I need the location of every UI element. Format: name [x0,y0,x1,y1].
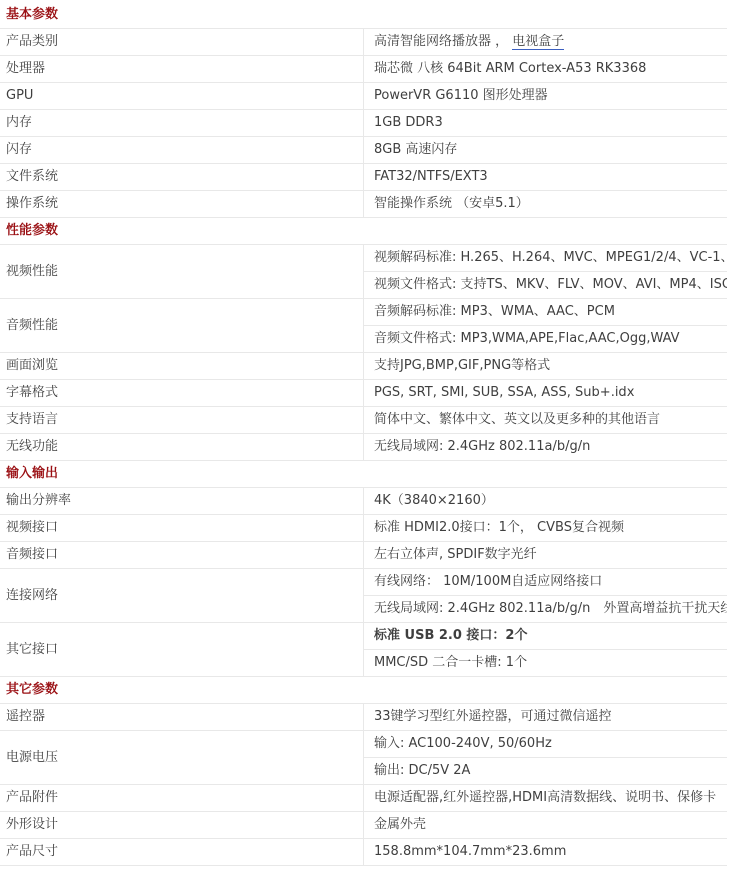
spec-label: 内存 [0,110,364,137]
spec-value: 智能操作系统 （安卓5.1） [364,191,728,218]
spec-value: 音频文件格式: MP3,WMA,APE,Flac,AAC,Ogg,WAV [364,326,728,353]
spec-value: 支持JPG,BMP,GIF,PNG等格式 [364,353,728,380]
spec-row: 内存 1GB DDR3 [0,110,727,137]
spec-row: 无线功能 无线局域网: 2.4GHz 802.11a/b/g/n [0,434,727,461]
spec-row: 产品附件 电源适配器,红外遥控器,HDMI高清数据线、说明书、保修卡 [0,785,727,812]
tv-box-link[interactable]: 电视盒子 [512,34,564,50]
spec-row: 视频性能 视频解码标准: H.265、H.264、MVC、MPEG1/2/4、V… [0,245,727,272]
spec-label: 音频性能 [0,299,364,353]
spec-value: PowerVR G6110 图形处理器 [364,83,728,110]
product-category-text: 高清智能网络播放器 ， [374,34,508,49]
spec-row: 支持语言 简体中文、繁体中文、英文以及更多种的其他语言 [0,407,727,434]
section-row-performance: 性能参数 [0,218,727,245]
spec-row: 操作系统 智能操作系统 （安卓5.1） [0,191,727,218]
spec-label: 输出分辨率 [0,488,364,515]
section-header: 性能参数 [0,218,727,245]
spec-value: 33键学习型红外遥控器，可通过微信遥控 [364,704,728,731]
spec-value: FAT32/NTFS/EXT3 [364,164,728,191]
table-bottom-border [0,866,727,868]
spec-label: 视频性能 [0,245,364,299]
spec-value: 电源适配器,红外遥控器,HDMI高清数据线、说明书、保修卡 [364,785,728,812]
spec-value: 高清智能网络播放器 ， 电视盒子 [364,29,728,56]
spec-value: 音频解码标准: MP3、WMA、AAC、PCM [364,299,728,326]
spec-row: 产品尺寸 158.8mm*104.7mm*23.6mm [0,839,727,866]
spec-label: 产品尺寸 [0,839,364,866]
spec-row: 输出分辨率 4K（3840×2160） [0,488,727,515]
spec-value: PGS, SRT, SMI, SUB, SSA, ASS, Sub+.idx [364,380,728,407]
spec-label: GPU [0,83,364,110]
section-row-io: 输入输出 [0,461,727,488]
spec-row: 遥控器 33键学习型红外遥控器，可通过微信遥控 [0,704,727,731]
spec-value: 有线网络： 10M/100M自适应网络接口 [364,569,728,596]
spec-label: 无线功能 [0,434,364,461]
spec-row: 处理器 瑞芯微 八核 64Bit ARM Cortex-A53 RK3368 [0,56,727,83]
spec-label: 画面浏览 [0,353,364,380]
section-header: 其它参数 [0,677,727,704]
spec-value: 左右立体声, SPDIF数字光纤 [364,542,728,569]
spec-row: 连接网络 有线网络： 10M/100M自适应网络接口 [0,569,727,596]
spec-value: 金属外壳 [364,812,728,839]
spec-row: 音频性能 音频解码标准: MP3、WMA、AAC、PCM [0,299,727,326]
spec-value: 简体中文、繁体中文、英文以及更多种的其他语言 [364,407,728,434]
spec-row: 外形设计 金属外壳 [0,812,727,839]
spec-label: 字幕格式 [0,380,364,407]
spec-label: 产品类别 [0,29,364,56]
spec-value: 输出: DC/5V 2A [364,758,728,785]
spec-value-usb: 标准 USB 2.0 接口：2个 [364,623,728,650]
spec-label: 闪存 [0,137,364,164]
spec-label: 电源电压 [0,731,364,785]
spec-label: 操作系统 [0,191,364,218]
spec-value: 视频解码标准: H.265、H.264、MVC、MPEG1/2/4、VC-1、W… [364,245,728,272]
spec-value: 瑞芯微 八核 64Bit ARM Cortex-A53 RK3368 [364,56,728,83]
spec-row: 闪存 8GB 高速闪存 [0,137,727,164]
spec-row: GPU PowerVR G6110 图形处理器 [0,83,727,110]
spec-label: 连接网络 [0,569,364,623]
spec-label: 遥控器 [0,704,364,731]
spec-row: 音频接口 左右立体声, SPDIF数字光纤 [0,542,727,569]
spec-row: 字幕格式 PGS, SRT, SMI, SUB, SSA, ASS, Sub+.… [0,380,727,407]
spec-row: 文件系统 FAT32/NTFS/EXT3 [0,164,727,191]
section-header: 输入输出 [0,461,727,488]
section-header: 基本参数 [0,2,727,29]
spec-label: 处理器 [0,56,364,83]
spec-value: 4K（3840×2160） [364,488,728,515]
spec-row: 画面浏览 支持JPG,BMP,GIF,PNG等格式 [0,353,727,380]
spec-label: 视频接口 [0,515,364,542]
spec-row: 视频接口 标准 HDMI2.0接口：1个， CVBS复合视频 [0,515,727,542]
spec-label: 支持语言 [0,407,364,434]
section-row-other: 其它参数 [0,677,727,704]
spec-label: 外形设计 [0,812,364,839]
spec-value: 标准 HDMI2.0接口：1个， CVBS复合视频 [364,515,728,542]
spec-row: 电源电压 输入: AC100-240V, 50/60Hz [0,731,727,758]
spec-label: 音频接口 [0,542,364,569]
section-row-basic: 基本参数 [0,2,727,29]
spec-value: 无线局域网: 2.4GHz 802.11a/b/g/n 外置高增益抗干扰天线 [364,596,728,623]
spec-value: MMC/SD 二合一卡槽: 1个 [364,650,728,677]
spec-sheet: 基本参数 产品类别 高清智能网络播放器 ， 电视盒子 处理器 瑞芯微 八核 64… [0,0,728,867]
spec-label: 文件系统 [0,164,364,191]
spec-label: 其它接口 [0,623,364,677]
spec-row: 其它接口 标准 USB 2.0 接口：2个 [0,623,727,650]
spec-row: 产品类别 高清智能网络播放器 ， 电视盒子 [0,29,727,56]
spec-value: 1GB DDR3 [364,110,728,137]
spec-label: 产品附件 [0,785,364,812]
spec-value: 158.8mm*104.7mm*23.6mm [364,839,728,866]
spec-value: 8GB 高速闪存 [364,137,728,164]
spec-value: 输入: AC100-240V, 50/60Hz [364,731,728,758]
spec-value: 无线局域网: 2.4GHz 802.11a/b/g/n [364,434,728,461]
spec-table: 基本参数 产品类别 高清智能网络播放器 ， 电视盒子 处理器 瑞芯微 八核 64… [0,2,727,867]
spec-value: 视频文件格式: 支持TS、MKV、FLV、MOV、AVI、MP4、ISO蓝光 [364,272,728,299]
